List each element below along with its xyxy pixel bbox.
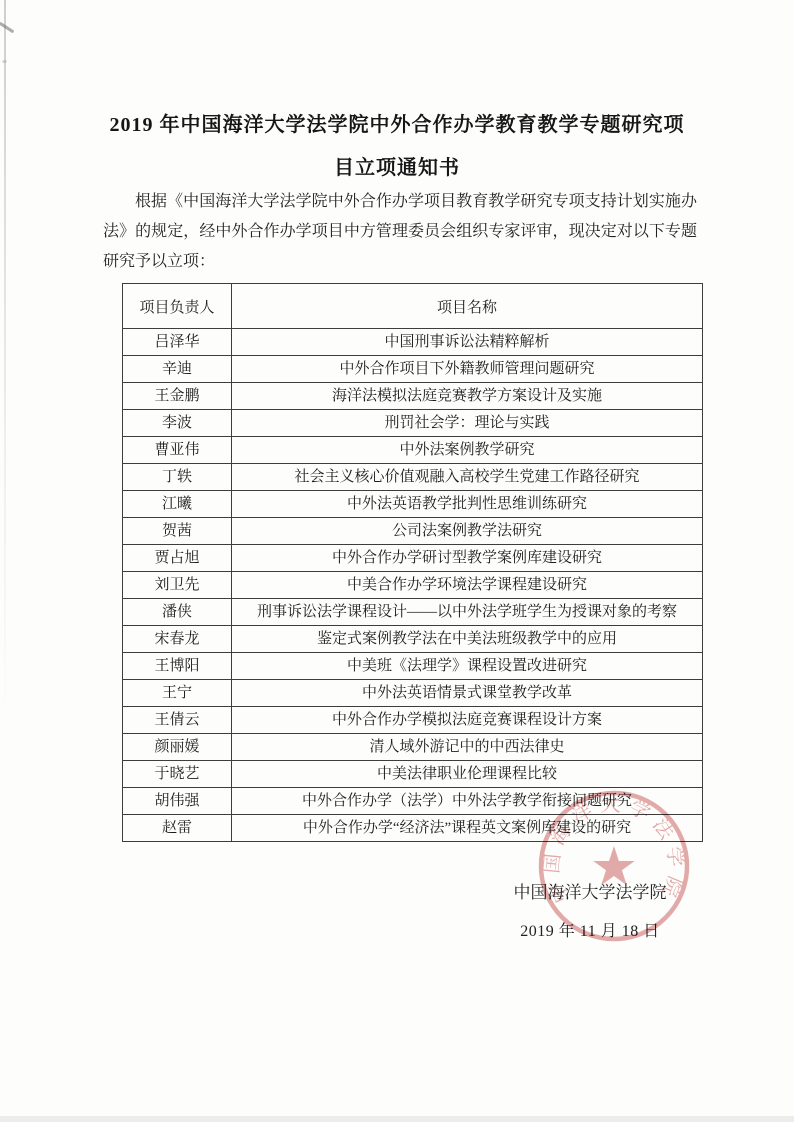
leader-cell: 江曦	[123, 491, 232, 518]
leader-cell: 王倩云	[123, 707, 232, 734]
document-title: 2019 年中国海洋大学法学院中外合作办学教育教学专题研究项 目立项通知书	[60, 104, 734, 190]
leader-cell: 王金鹏	[123, 383, 232, 410]
leader-cell: 宋春龙	[123, 626, 232, 653]
project-cell: 中美合作办学环境法学课程建设研究	[232, 572, 703, 599]
table-row: 曹亚伟 中外法案例教学研究	[123, 437, 703, 464]
table-row: 宋春龙 鉴定式案例教学法在中美法班级教学中的应用	[123, 626, 703, 653]
scan-bottom-edge	[0, 1116, 794, 1122]
table-row: 辛迪 中外合作项目下外籍教师管理问题研究	[123, 356, 703, 383]
project-cell: 刑罚社会学：理论与实践	[232, 410, 703, 437]
project-cell: 刑事诉讼法学课程设计——以中外法学班学生为授课对象的考察	[232, 599, 703, 626]
leader-cell: 吕泽华	[123, 329, 232, 356]
leader-cell: 贾占旭	[123, 545, 232, 572]
table-row: 赵雷 中外合作办学“经济法”课程英文案例库建设的研究	[123, 815, 703, 842]
table-row: 贺茜 公司法案例教学法研究	[123, 518, 703, 545]
header-project-leader: 项目负责人	[123, 284, 232, 329]
project-cell: 清人域外游记中的中西法律史	[232, 734, 703, 761]
project-cell: 中外法英语情景式课堂教学改革	[232, 680, 703, 707]
project-cell: 中国刑事诉讼法精粹解析	[232, 329, 703, 356]
signature-block: 中国海洋大学法学院 2019 年 11 月 18 日	[450, 878, 730, 941]
header-project-name: 项目名称	[232, 284, 703, 329]
project-cell: 中外合作办学研讨型教学案例库建设研究	[232, 545, 703, 572]
leader-cell: 王博阳	[123, 653, 232, 680]
leader-cell: 曹亚伟	[123, 437, 232, 464]
project-cell: 中外合作办学（法学）中外法学教学衔接问题研究	[232, 788, 703, 815]
project-cell: 海洋法模拟法庭竞赛教学方案设计及实施	[232, 383, 703, 410]
table-row: 江曦 中外法英语教学批判性思维训练研究	[123, 491, 703, 518]
scan-edge-artifact	[4, 0, 6, 730]
leader-cell: 刘卫先	[123, 572, 232, 599]
leader-cell: 辛迪	[123, 356, 232, 383]
table-row: 吕泽华 中国刑事诉讼法精粹解析	[123, 329, 703, 356]
project-cell: 中美班《法理学》课程设置改进研究	[232, 653, 703, 680]
scan-mark-artifact	[0, 22, 14, 34]
project-table-body: 吕泽华 中国刑事诉讼法精粹解析 辛迪 中外合作项目下外籍教师管理问题研究 王金鹏…	[123, 329, 703, 842]
leader-cell: 丁轶	[123, 464, 232, 491]
project-cell: 中外合作办学“经济法”课程英文案例库建设的研究	[232, 815, 703, 842]
table-row: 颜丽媛 清人域外游记中的中西法律史	[123, 734, 703, 761]
leader-cell: 贺茜	[123, 518, 232, 545]
table-row: 刘卫先 中美合作办学环境法学课程建设研究	[123, 572, 703, 599]
table-header-row: 项目负责人 项目名称	[123, 284, 703, 329]
leader-cell: 王宁	[123, 680, 232, 707]
leader-cell: 颜丽媛	[123, 734, 232, 761]
scan-speck-artifact	[2, 60, 7, 63]
document-title-line2: 目立项通知书	[60, 147, 734, 190]
project-cell: 中外法案例教学研究	[232, 437, 703, 464]
table-row: 胡伟强 中外合作办学（法学）中外法学教学衔接问题研究	[123, 788, 703, 815]
table-row: 王博阳 中美班《法理学》课程设置改进研究	[123, 653, 703, 680]
document-title-line1: 2019 年中国海洋大学法学院中外合作办学教育教学专题研究项	[60, 104, 734, 147]
leader-cell: 李波	[123, 410, 232, 437]
signature-organization: 中国海洋大学法学院	[450, 878, 730, 903]
table-row: 王宁 中外法英语情景式课堂教学改革	[123, 680, 703, 707]
body-paragraph: 根据《中国海洋大学法学院中外合作办学项目教育教学研究专项支持计划实施办法》的规定…	[103, 187, 697, 277]
leader-cell: 于晓艺	[123, 761, 232, 788]
table-row: 王金鹏 海洋法模拟法庭竞赛教学方案设计及实施	[123, 383, 703, 410]
table-row: 丁轶 社会主义核心价值观融入高校学生党建工作路径研究	[123, 464, 703, 491]
project-cell: 中外法英语教学批判性思维训练研究	[232, 491, 703, 518]
table-row: 于晓艺 中美法律职业伦理课程比较	[123, 761, 703, 788]
leader-cell: 赵雷	[123, 815, 232, 842]
project-cell: 鉴定式案例教学法在中美法班级教学中的应用	[232, 626, 703, 653]
table-row: 潘侠 刑事诉讼法学课程设计——以中外法学班学生为授课对象的考察	[123, 599, 703, 626]
scanned-document-page: 2019 年中国海洋大学法学院中外合作办学教育教学专题研究项 目立项通知书 根据…	[0, 0, 794, 1122]
signature-date: 2019 年 11 月 18 日	[450, 918, 730, 941]
project-cell: 中美法律职业伦理课程比较	[232, 761, 703, 788]
projects-table: 项目负责人 项目名称 吕泽华 中国刑事诉讼法精粹解析 辛迪 中外合作项目下外籍教…	[122, 283, 703, 842]
table-row: 贾占旭 中外合作办学研讨型教学案例库建设研究	[123, 545, 703, 572]
project-cell: 公司法案例教学法研究	[232, 518, 703, 545]
table-row: 李波 刑罚社会学：理论与实践	[123, 410, 703, 437]
leader-cell: 胡伟强	[123, 788, 232, 815]
project-cell: 社会主义核心价值观融入高校学生党建工作路径研究	[232, 464, 703, 491]
project-cell: 中外合作办学模拟法庭竞赛课程设计方案	[232, 707, 703, 734]
table-row: 王倩云 中外合作办学模拟法庭竞赛课程设计方案	[123, 707, 703, 734]
leader-cell: 潘侠	[123, 599, 232, 626]
project-cell: 中外合作项目下外籍教师管理问题研究	[232, 356, 703, 383]
